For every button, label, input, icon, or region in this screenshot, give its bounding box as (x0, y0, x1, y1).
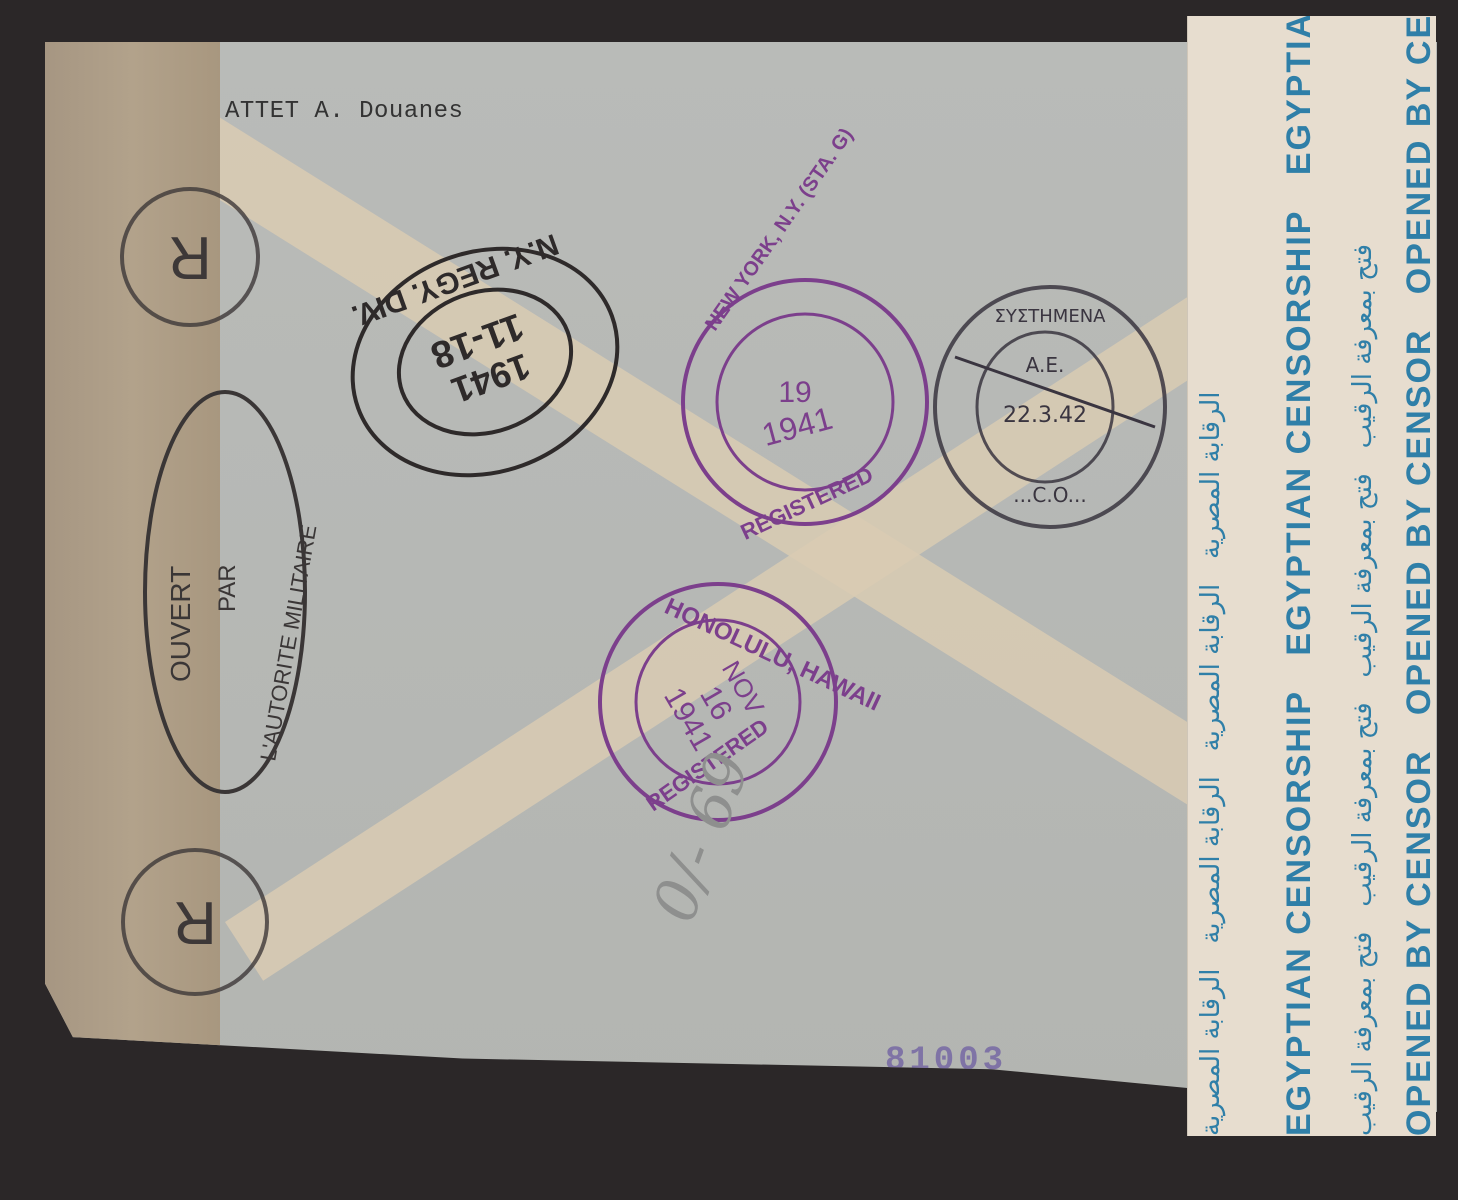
postmark-foreign-registry: A.E. 22.3.42 ΣΥΣΤΗΜΕΝΑ ...C.O... (925, 277, 1175, 542)
svg-text:OUVERT: OUVERT (165, 566, 196, 682)
egyptian-censorship-tape: الرقابة المصرية الرقابة المصرية الرقابة … (1187, 16, 1436, 1136)
registration-mark-bottom: R (115, 842, 275, 1007)
svg-text:A.E.: A.E. (1026, 353, 1065, 377)
svg-text:L'AUTORITE MILITAIRE: L'AUTORITE MILITAIRE (255, 523, 321, 763)
censor-opened-by-text: OPENED BY CENSOR OPENED BY CENSOR OPENED… (1400, 16, 1440, 1136)
svg-text:1941: 1941 (758, 400, 836, 453)
svg-text:22.3.42: 22.3.42 (1003, 403, 1087, 428)
registration-mark-top: R (115, 182, 265, 337)
military-censor-oval-stamp: OUVERT PAR L'AUTORITE MILITAIRE (135, 382, 315, 807)
svg-text:N.Y. REGY. DIV.: N.Y. REGY. DIV. (347, 227, 562, 332)
svg-text:R: R (173, 889, 216, 956)
postmark-ny-regy-div: 1941 11-18 N.Y. REGY. DIV. (335, 237, 635, 492)
svg-text:PAR: PAR (214, 564, 241, 612)
svg-text:...C.O...: ...C.O... (1013, 483, 1086, 507)
censor-arabic-text: الرقابة المصرية الرقابة المصرية الرقابة … (1196, 16, 1236, 1136)
svg-text:REGISTERED: REGISTERED (737, 462, 877, 545)
typed-sender-text: ATTET A. Douanes (225, 98, 463, 125)
postmark-new-york-sta-g: 19 1941 REGISTERED NEW YORK, N.Y. (STA. … (675, 272, 935, 537)
registration-number: 81003 (885, 1042, 1007, 1080)
svg-text:19: 19 (778, 376, 811, 409)
censor-arabic-opened-text: فتح بمعرفة الرقيب فتح بمعرفة الرقيب فتح … (1348, 16, 1388, 1136)
svg-text:R: R (168, 224, 211, 291)
svg-text:ΣΥΣΤΗΜΕΝΑ: ΣΥΣΤΗΜΕΝΑ (995, 306, 1107, 327)
svg-text:NEW YORK, N.Y. (STA. G): NEW YORK, N.Y. (STA. G) (701, 124, 858, 334)
censor-english-text: EGYPTIAN CENSORSHIP EGYPTIAN CENSORSHIP … (1280, 16, 1324, 1136)
